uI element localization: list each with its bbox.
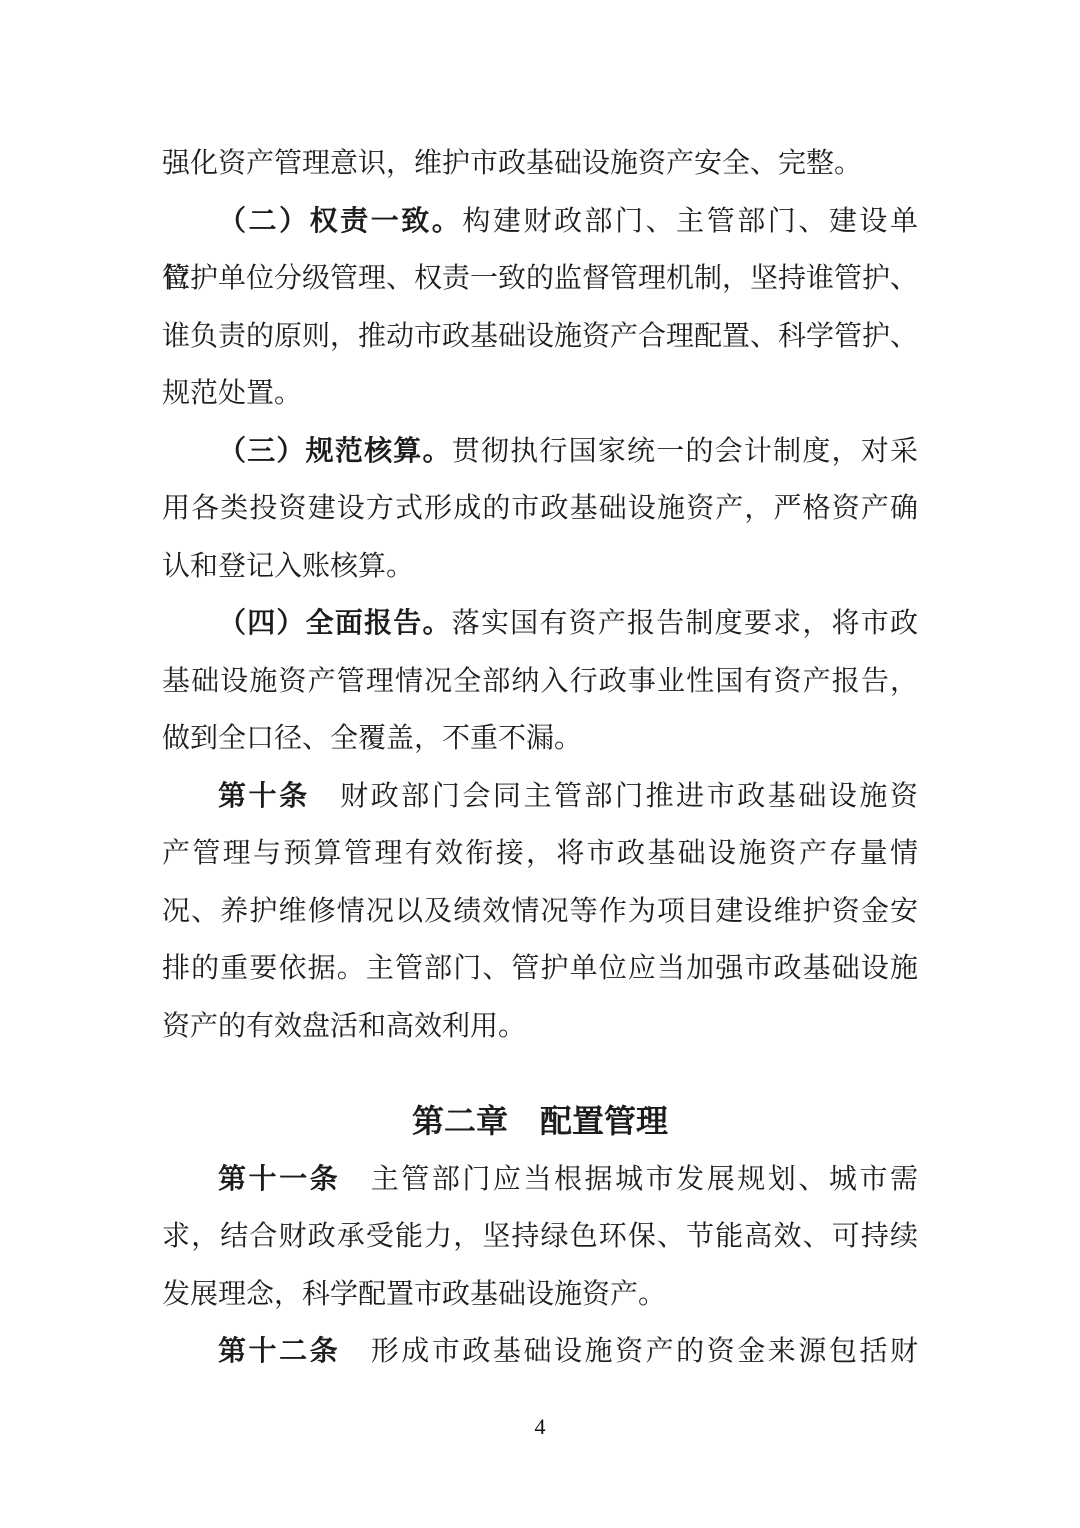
text-run: 贯彻执行国家统一的会计制度，对采: [452, 436, 918, 467]
text-line: 基础设施资产管理情况全部纳入行政事业性国有资产报告，: [162, 653, 918, 711]
text-run: 求，结合财政承受能力，坚持绿色环保、节能高效、可持续: [162, 1221, 918, 1252]
text-line: （四）全面报告。落实国有资产报告制度要求，将市政: [162, 595, 918, 653]
bold-run: （三）规范核算。: [218, 436, 452, 467]
text-line: 管护单位分级管理、权责一致的监督管理机制，坚持谁管护、: [162, 250, 918, 308]
bold-run: （四）全面报告。: [218, 608, 452, 639]
text-run: 规范处置。: [162, 378, 302, 409]
text-line: 第十二条 形成市政基础设施资产的资金来源包括财: [162, 1323, 918, 1381]
text-run: 发展理念，科学配置市政基础设施资产。: [162, 1279, 666, 1310]
text-run: 用各类投资建设方式形成的市政基础设施资产，严格资产确: [162, 493, 918, 524]
text-line: 第十一条 主管部门应当根据城市发展规划、城市需: [162, 1151, 918, 1209]
bold-run: 第二章 配置管理: [412, 1103, 668, 1139]
text-line: 第十条 财政部门会同主管部门推进市政基础设施资: [162, 768, 918, 826]
text-run: 况、养护维修情况以及绩效情况等作为项目建设维护资金安: [162, 896, 918, 927]
text-line: 排的重要依据。主管部门、管护单位应当加强市政基础设施: [162, 940, 918, 998]
text-run: 落实国有资产报告制度要求，将市政: [452, 608, 918, 639]
text-run: 主管部门应当根据城市发展规划、城市需: [340, 1164, 918, 1195]
text-line: 认和登记入账核算。: [162, 538, 918, 596]
text-run: 财政部门会同主管部门推进市政基础设施资: [310, 781, 918, 812]
text-run: 形成市政基础设施资产的资金来源包括财: [340, 1336, 918, 1367]
text-run: 管护单位分级管理、权责一致的监督管理机制，坚持谁管护、: [162, 263, 918, 294]
text-line: （三）规范核算。贯彻执行国家统一的会计制度，对采: [162, 423, 918, 481]
bold-run: 第十一条: [218, 1164, 340, 1195]
text-line: （二）权责一致。构建财政部门、主管部门、建设单位、: [162, 193, 918, 251]
text-line: 产管理与预算管理有效衔接，将市政基础设施资产存量情: [162, 825, 918, 883]
text-run: 产管理与预算管理有效衔接，将市政基础设施资产存量情: [162, 838, 918, 869]
text-line: 况、养护维修情况以及绩效情况等作为项目建设维护资金安: [162, 883, 918, 941]
text-run: 基础设施资产管理情况全部纳入行政事业性国有资产报告，: [162, 666, 918, 697]
document-page: 强化资产管理意识，维护市政基础设施资产安全、完整。（二）权责一致。构建财政部门、…: [0, 0, 1080, 1528]
page-number: 4: [0, 1412, 1080, 1442]
text-line: 谁负责的原则，推动市政基础设施资产合理配置、科学管护、: [162, 308, 918, 366]
bold-run: 第十二条: [218, 1336, 340, 1367]
text-line: 用各类投资建设方式形成的市政基础设施资产，严格资产确: [162, 480, 918, 538]
text-run: 做到全口径、全覆盖，不重不漏。: [162, 723, 582, 754]
text-line: 规范处置。: [162, 365, 918, 423]
document-body: 强化资产管理意识，维护市政基础设施资产安全、完整。（二）权责一致。构建财政部门、…: [162, 135, 918, 1381]
text-line: 求，结合财政承受能力，坚持绿色环保、节能高效、可持续: [162, 1208, 918, 1266]
bold-run: （二）权责一致。: [218, 206, 462, 237]
text-run: 谁负责的原则，推动市政基础设施资产合理配置、科学管护、: [162, 321, 918, 352]
text-run: 强化资产管理意识，维护市政基础设施资产安全、完整。: [162, 148, 862, 179]
text-line: 做到全口径、全覆盖，不重不漏。: [162, 710, 918, 768]
chapter-heading: 第二章 配置管理: [162, 1093, 918, 1151]
bold-run: 第十条: [218, 781, 310, 812]
text-line: 资产的有效盘活和高效利用。: [162, 998, 918, 1056]
text-run: 认和登记入账核算。: [162, 551, 414, 582]
text-run: 资产的有效盘活和高效利用。: [162, 1011, 526, 1042]
text-run: 排的重要依据。主管部门、管护单位应当加强市政基础设施: [162, 953, 918, 984]
text-line: 强化资产管理意识，维护市政基础设施资产安全、完整。: [162, 135, 918, 193]
text-line: 发展理念，科学配置市政基础设施资产。: [162, 1266, 918, 1324]
